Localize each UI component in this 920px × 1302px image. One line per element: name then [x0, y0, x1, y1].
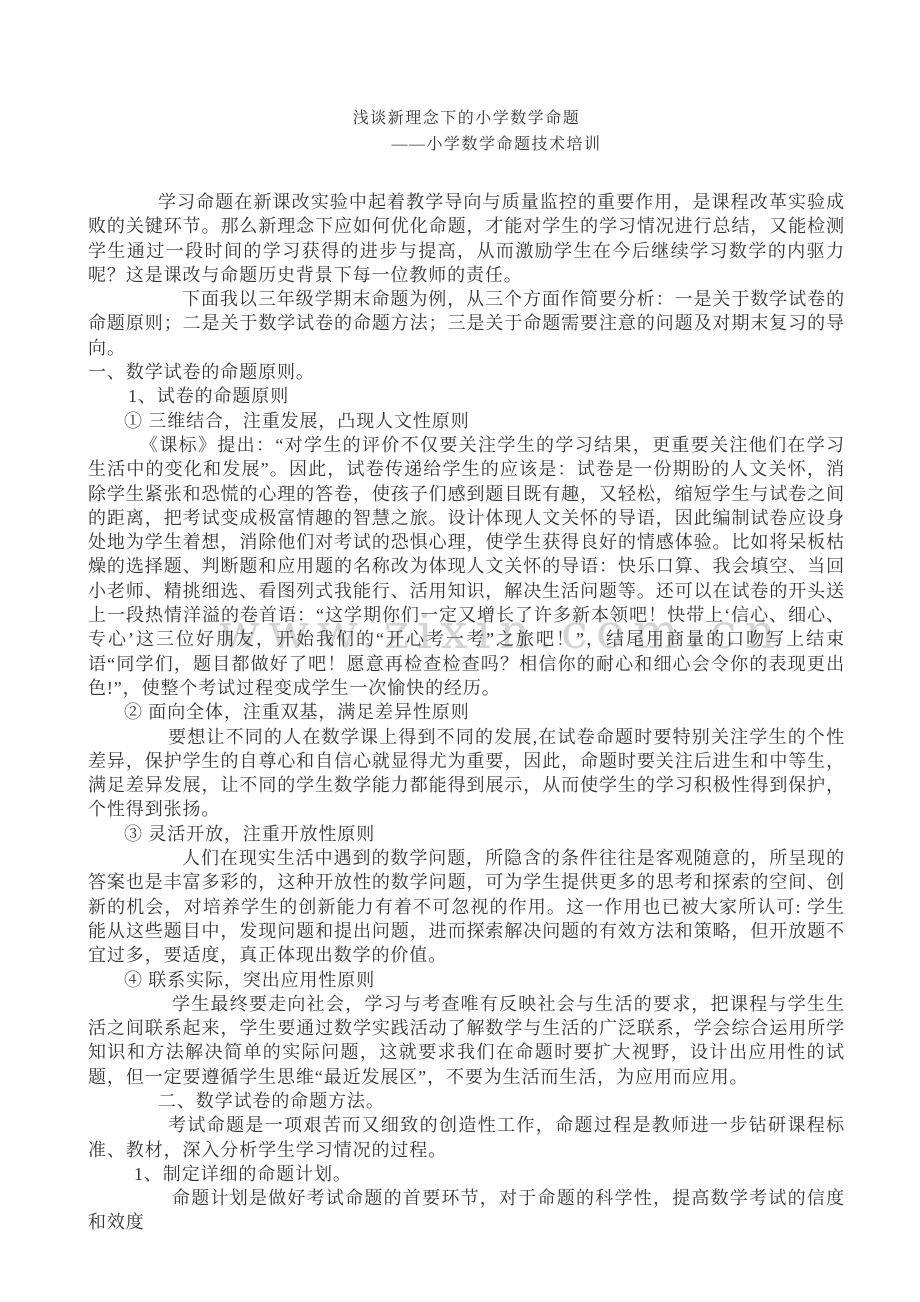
principle-2-heading: ② 面向全体，注重双基，满足差异性原则	[88, 700, 845, 724]
principle-2-paragraph: 要想让不同的人在数学课上得到不同的发展,在试卷命题时要特别关注学生的个性差异，保…	[88, 725, 845, 822]
paragraph-overview: 下面我以三年级学期末命题为例，从三个方面作简要分析：一是关于数学试卷的命题原则；…	[88, 287, 845, 360]
principle-1-heading: ① 三维结合，注重发展，凸现人文性原则	[88, 409, 845, 433]
section-heading-1: 一、数学试卷的命题原则。	[88, 360, 845, 384]
method-step-1-heading: 1、制定详细的命题计划。	[88, 1162, 845, 1186]
section-2-paragraph: 考试命题是一项艰苦而又细致的创造性工作，命题过程是教师进一步钻研课程标准、教材，…	[88, 1113, 845, 1162]
document-page: www.zixin.com.cn 浅谈新理念下的小学数学命题 ——小学数学命题技…	[0, 0, 920, 1302]
document-body: 学习命题在新课改实验中起着教学导向与质量监控的重要作用，是课程改革实验成败的关键…	[88, 190, 845, 1235]
principle-4-paragraph: 学生最终要走向社会，学习与考查唯有反映社会与生活的要求，把课程与学生生活之间联系…	[88, 992, 845, 1089]
principle-3-paragraph: 人们在现实生活中遇到的数学问题，所隐含的条件往往是客观随意的，所呈现的答案也是丰…	[88, 846, 845, 967]
subsection-heading-1-1: 1、试卷的命题原则	[88, 384, 845, 408]
paragraph-intro: 学习命题在新课改实验中起着教学导向与质量监控的重要作用，是课程改革实验成败的关键…	[88, 190, 845, 287]
principle-4-heading: ④ 联系实际，突出应用性原则	[88, 968, 845, 992]
principle-1-paragraph: 《课标》提出：“对学生的评价不仅要关注学生的学习结果，更重要关注他们在学习生活中…	[88, 433, 845, 700]
section-heading-2: 二、数学试卷的命题方法。	[88, 1089, 845, 1113]
document-title: 浅谈新理念下的小学数学命题	[88, 106, 845, 132]
document-content: 浅谈新理念下的小学数学命题 ——小学数学命题技术培训 学习命题在新课改实验中起着…	[88, 106, 845, 1235]
principle-3-heading: ③ 灵活开放，注重开放性原则	[88, 822, 845, 846]
method-step-1-paragraph: 命题计划是做好考试命题的首要环节，对于命题的科学性，提高数学考试的信度和效度	[88, 1186, 845, 1235]
document-subtitle: ——小学数学命题技术培训	[118, 132, 875, 158]
